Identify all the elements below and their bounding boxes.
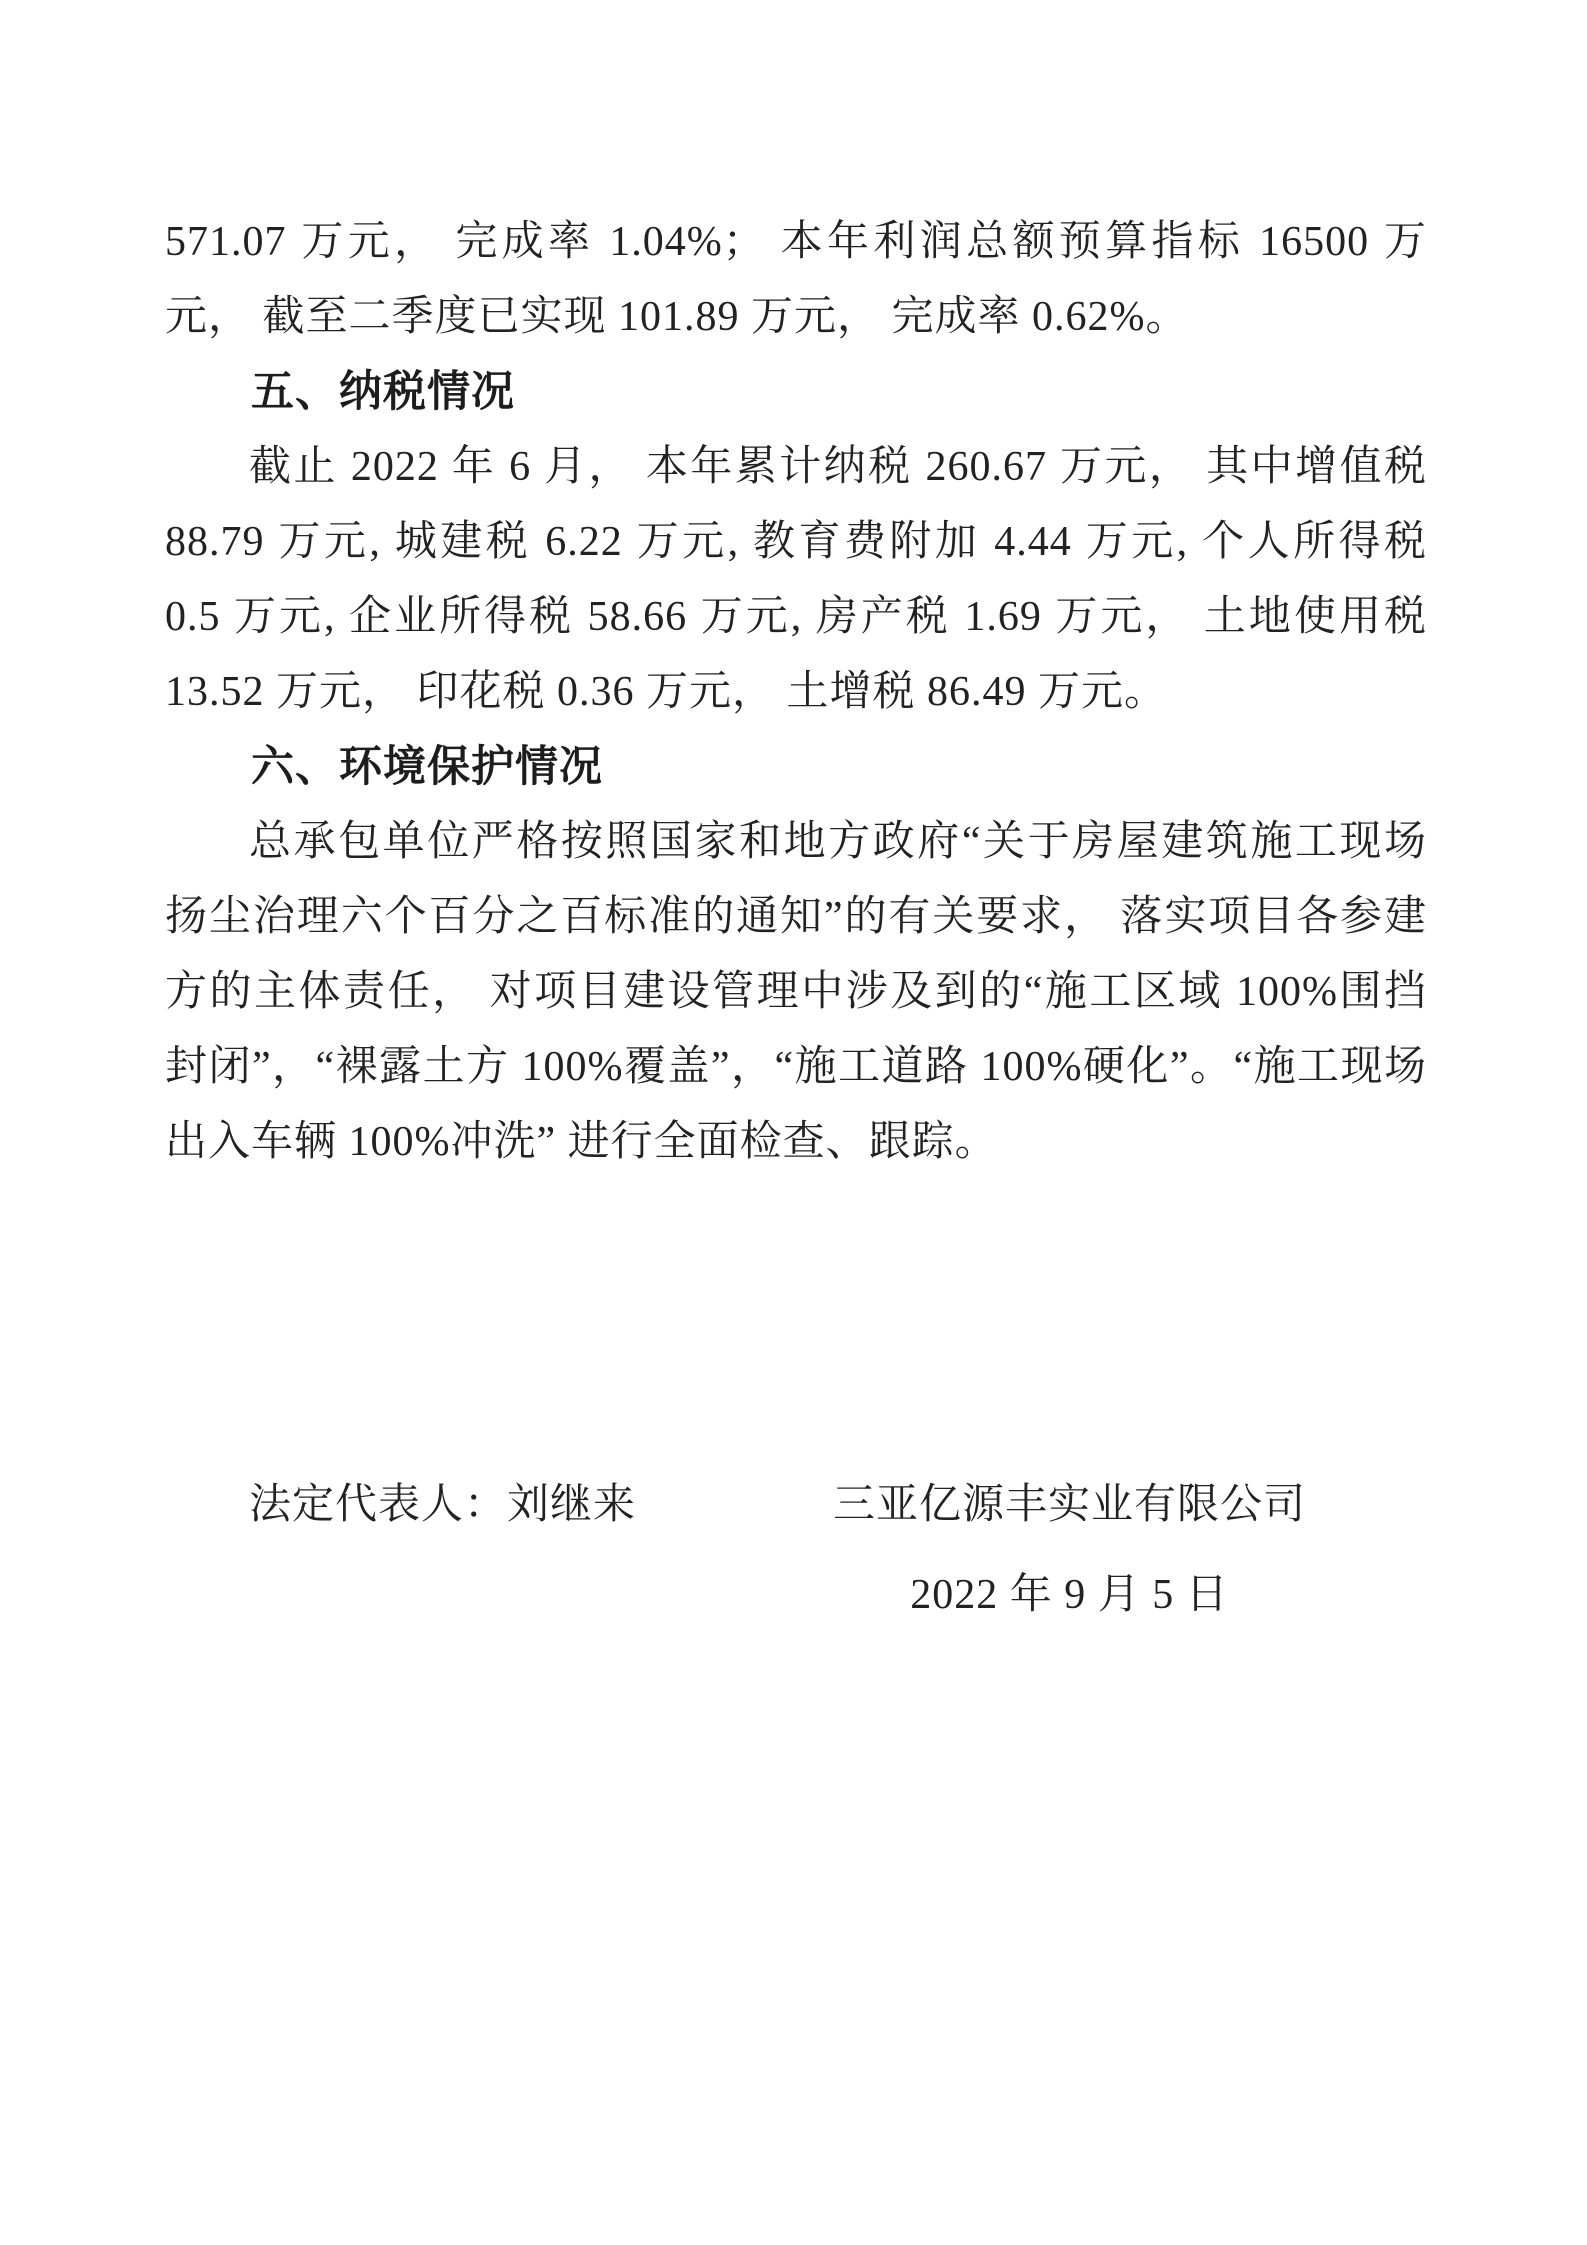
section5-heading: 五、纳税情况 [165, 355, 1427, 430]
signature-date: 2022 年 9 月 5 日 [833, 1558, 1306, 1633]
document-content: 571.07 万元， 完成率 1.04%； 本年利润总额预算指标 16500 万… [165, 205, 1427, 1718]
legal-representative-label: 法定代表人： [249, 1482, 507, 1528]
paragraph-continuation: 571.07 万元， 完成率 1.04%； 本年利润总额预算指标 16500 万… [165, 205, 1427, 355]
legal-representative-line: 法定代表人：刘继来 [249, 1468, 636, 1543]
signature-block: 法定代表人：刘继来 三亚亿源丰实业有限公司 2022 年 9 月 5 日 [165, 1468, 1427, 1718]
section6-heading: 六、环境保护情况 [165, 730, 1427, 805]
document-page: 571.07 万元， 完成率 1.04%； 本年利润总额预算指标 16500 万… [0, 0, 1587, 2245]
company-name: 三亚亿源丰实业有限公司 [833, 1468, 1306, 1543]
section6-paragraph: 总承包单位严格按照国家和地方政府“关于房屋建筑施工现场扬尘治理六个百分之百标准的… [165, 805, 1427, 1180]
legal-representative-name: 刘继来 [507, 1482, 636, 1528]
section5-paragraph: 截止 2022 年 6 月， 本年累计纳税 260.67 万元， 其中增值税 8… [165, 430, 1427, 730]
company-signature: 三亚亿源丰实业有限公司 2022 年 9 月 5 日 [833, 1468, 1306, 1633]
